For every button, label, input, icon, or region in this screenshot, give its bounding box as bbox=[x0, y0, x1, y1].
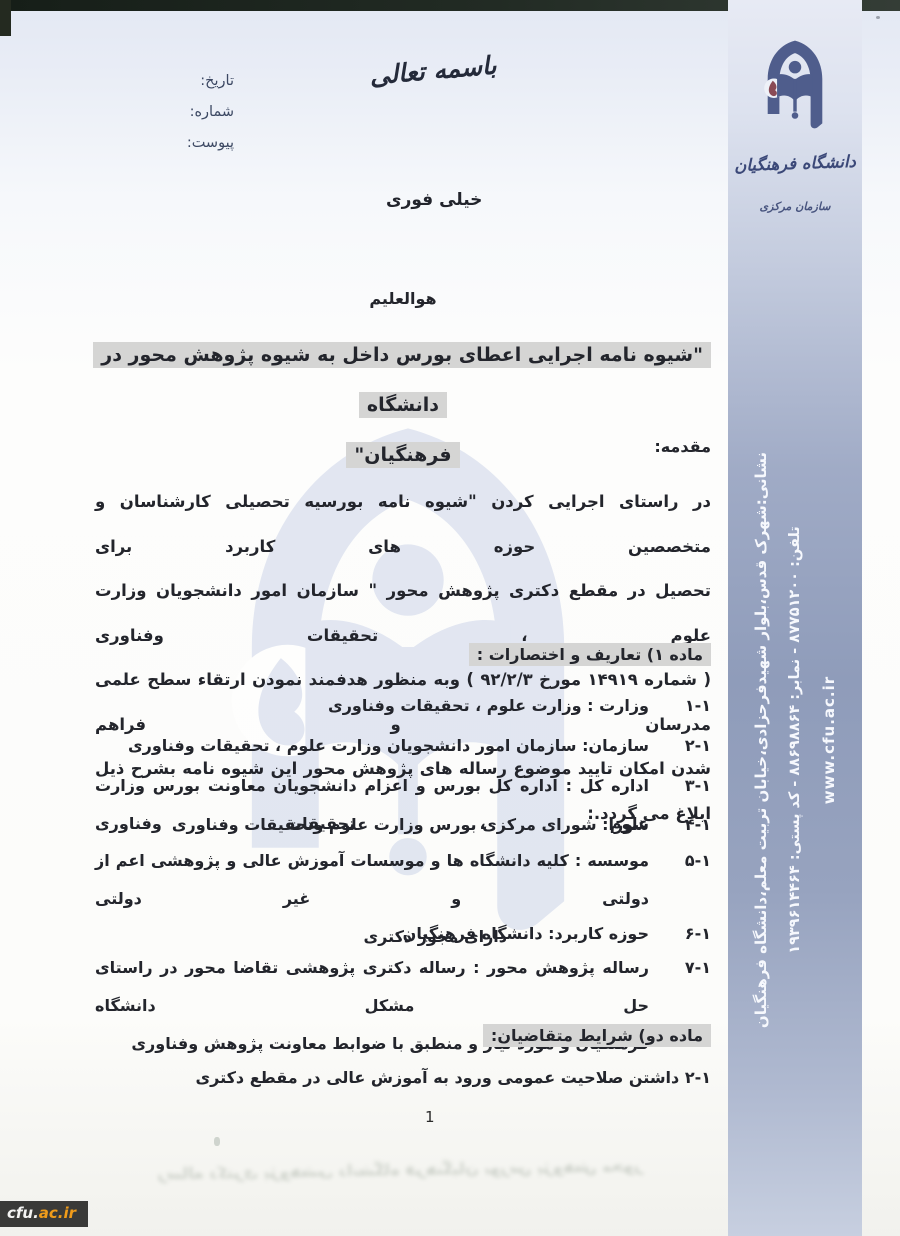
item-text: حوزه کاربرد: دانشگاه فرهنگیان bbox=[403, 924, 649, 943]
badge-suffix: ac.ir bbox=[39, 1204, 76, 1222]
definition-item: ۶-۱ حوزه کاربرد: دانشگاه فرهنگیان bbox=[95, 915, 711, 953]
intro-heading: مقدمه: bbox=[654, 437, 711, 456]
central-organization-label: سازمان مرکزی bbox=[728, 200, 862, 213]
university-name: دانشگاه فرهنگیان bbox=[728, 152, 863, 176]
item-number: ۲-۱ bbox=[685, 1068, 711, 1087]
scanned-letter-page: دانشگاه فرهنگیان سازمان مرکزی نشانی:شهرک… bbox=[0, 0, 900, 1236]
item-number: ۴-۱ bbox=[685, 806, 711, 844]
intro-line: در راستای اجرایی کردن "شیوه نامه بورسیه … bbox=[95, 480, 711, 569]
letterhead-strip: دانشگاه فرهنگیان سازمان مرکزی نشانی:شهرک… bbox=[728, 0, 862, 1236]
invocation-line: هوالعلیم bbox=[95, 289, 711, 308]
farhangian-logo-emblem-icon bbox=[756, 38, 834, 140]
item-number: ۶-۱ bbox=[685, 915, 711, 953]
item-text: رساله پژوهش محور : رساله دکتری پژوهشی تق… bbox=[95, 949, 649, 1025]
definition-item: ۴-۱ شورا: شورای مرکزی بورس وزارت علوم وت… bbox=[95, 806, 711, 844]
item-text: سازمان: سازمان امور دانشجویان وزارت علوم… bbox=[128, 736, 649, 755]
article1-heading: ماده ۱) تعاریف و اختصارات : bbox=[469, 645, 711, 664]
letterhead-phone-fax-postal: تلفن: ۸۷۷۵۱۲۰۰ - نمابر: ۸۸۶۹۸۸۶۴ - کد پس… bbox=[778, 388, 812, 1092]
definition-item: ۲-۱ سازمان: سازمان امور دانشجویان وزارت … bbox=[95, 727, 711, 765]
item-text: شورا: شورای مرکزی بورس وزارت علوم وتحقیق… bbox=[172, 815, 649, 834]
article2-heading: ماده دو) شرایط متقاضیان: bbox=[483, 1026, 711, 1045]
letter-body: هوالعلیم "شیوه نامه اجرایی اعطای بورس دا… bbox=[95, 0, 711, 1236]
applicant-condition-item: ۲-۱ داشتن صلاحیت عمومی ورود به آموزش عال… bbox=[195, 1068, 711, 1087]
item-text: داشتن صلاحیت عمومی ورود به آموزش عالی در… bbox=[195, 1068, 679, 1087]
definition-item: ۱-۱ وزارت : وزارت علوم ، تحقیقات وفناوری bbox=[95, 687, 711, 725]
document-title: "شیوه نامه اجرایی اعطای بورس داخل به شیو… bbox=[95, 330, 711, 480]
cfu-site-badge: cfu.ac.ir bbox=[0, 1201, 88, 1227]
page-number: 1 bbox=[425, 1108, 435, 1126]
item-number: ۳-۱ bbox=[685, 767, 711, 805]
item-text: موسسه : کلیه دانشگاه ها و موسسات آموزش ع… bbox=[95, 842, 649, 918]
item-number: ۱-۱ bbox=[685, 687, 711, 725]
item-number: ۷-۱ bbox=[685, 949, 711, 987]
document-title-line1: "شیوه نامه اجرایی اعطای بورس داخل به شیو… bbox=[93, 342, 711, 418]
letterhead-address: نشانی:شهرک قدس،بلوار شهیدفرحزادی،خیابان … bbox=[744, 388, 778, 1092]
letterhead-website: www.cfu.ac.ir bbox=[812, 388, 846, 1092]
scan-speck bbox=[876, 16, 880, 19]
item-number: ۵-۱ bbox=[685, 842, 711, 880]
item-number: ۲-۱ bbox=[685, 727, 711, 765]
letterhead-contact-block: نشانی:شهرک قدس،بلوار شهیدفرحزادی،خیابان … bbox=[728, 388, 862, 1092]
scan-corner-mark bbox=[0, 0, 11, 36]
item-text: وزارت : وزارت علوم ، تحقیقات وفناوری bbox=[328, 696, 649, 715]
university-logo bbox=[728, 38, 862, 144]
badge-prefix: cfu. bbox=[7, 1204, 39, 1222]
document-title-line2: فرهنگیان" bbox=[346, 442, 459, 468]
